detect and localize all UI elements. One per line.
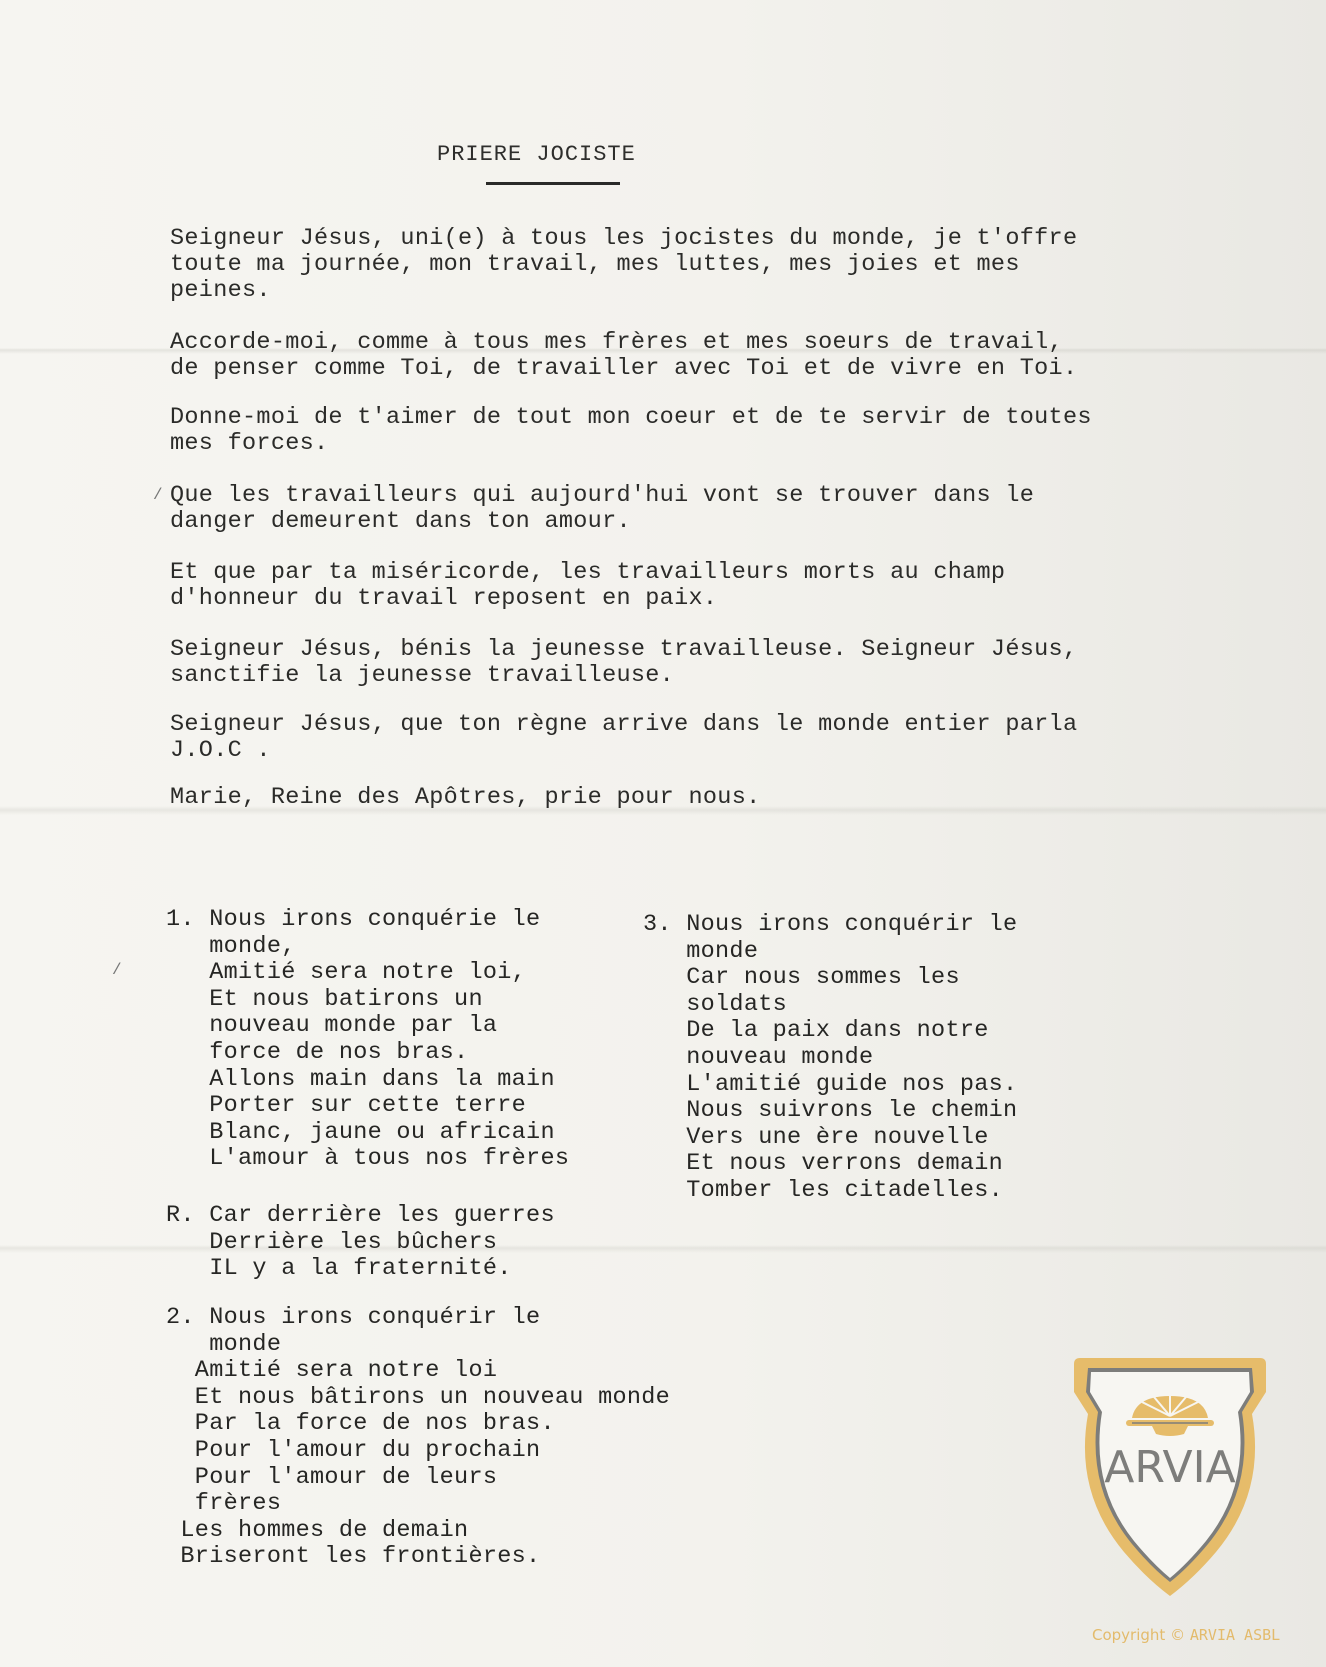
prayer-paragraph-marie: Marie, Reine des Apôtres, prie pour nous… bbox=[170, 785, 1230, 811]
prayer-paragraph-donne: Donne-moi de t'aimer de tout mon coeur e… bbox=[170, 405, 1230, 457]
prayer-paragraph-offering: Seigneur Jésus, uni(e) à tous les jocist… bbox=[170, 226, 1230, 304]
song-verse-3: 3. Nous irons conquérir le monde Car nou… bbox=[643, 912, 1017, 1205]
prayer-paragraph-misericorde: Et que par ta miséricorde, les travaille… bbox=[170, 560, 1230, 612]
scanned-document: PRIERE JOCISTE Seigneur Jésus, uni(e) à … bbox=[0, 0, 1326, 1667]
logo-text: ARVIA bbox=[1104, 1442, 1235, 1493]
prayer-paragraph-accorde: Accorde-moi, comme à tous mes frères et … bbox=[170, 330, 1230, 382]
stray-mark: / bbox=[153, 486, 163, 504]
title-underline bbox=[486, 182, 620, 185]
copyright-label: Copyright bbox=[1092, 1626, 1165, 1644]
prayer-paragraph-benis: Seigneur Jésus, bénis la jeunesse travai… bbox=[170, 637, 1230, 689]
song-refrain: R. Car derrière les guerres Derrière les… bbox=[166, 1203, 555, 1283]
prayer-paragraph-travailleurs: Que les travailleurs qui aujourd'hui von… bbox=[170, 483, 1230, 535]
song-verse-1: 1. Nous irons conquérie le monde, Amitié… bbox=[166, 907, 569, 1173]
arvia-shield-logo: ARVIA bbox=[1066, 1352, 1274, 1600]
song-verse-2: 2. Nous irons conquérir le monde Amitié … bbox=[166, 1305, 670, 1571]
prayer-paragraph-regne: Seigneur Jésus, que ton règne arrive dan… bbox=[170, 712, 1230, 764]
copyright-symbol: © bbox=[1170, 1626, 1185, 1644]
document-title: PRIERE JOCISTE bbox=[437, 142, 636, 167]
copyright-owner: ARVIA ASBL bbox=[1190, 1626, 1280, 1644]
stray-mark: / bbox=[112, 961, 122, 979]
copyright-notice: Copyright © ARVIA ASBL bbox=[1092, 1626, 1280, 1644]
